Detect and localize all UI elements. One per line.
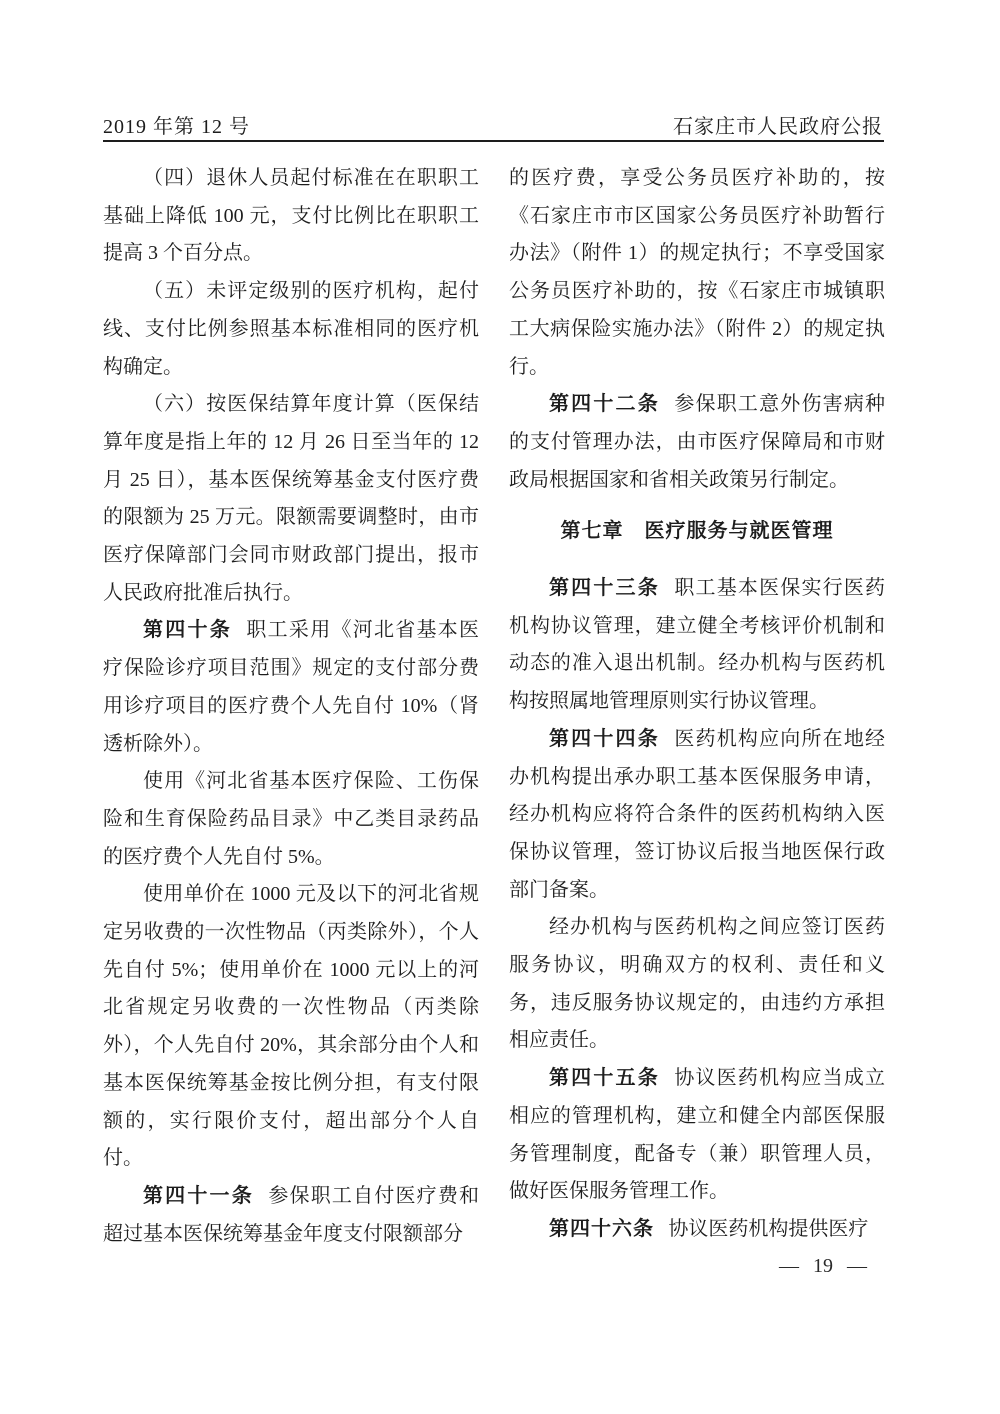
article-number: 第四十三条	[549, 577, 660, 599]
footer-left-dash: —	[779, 1255, 799, 1278]
gazette-page: 2019 年第 12 号 石家庄市人民政府公报 （四）退休人员起付标准在在职职工…	[0, 0, 1000, 1414]
two-column-body: （四）退休人员起付标准在在职职工基础上降低 100 元，支付比例比在职职工提高 …	[103, 160, 885, 1253]
article-number: 第四十五条	[549, 1067, 660, 1089]
paragraph: 第四十条职工采用《河北省基本医疗保险诊疗项目范围》规定的支付部分费用诊疗项目的医…	[103, 612, 479, 763]
paragraph: 第四十三条职工基本医保实行医药机构协议管理，建立健全考核评价机制和动态的准入退出…	[509, 570, 885, 721]
paragraph: 的医疗费，享受公务员医疗补助的，按《石家庄市市区国家公务员医疗补助暂行办法》（附…	[509, 160, 885, 386]
header-publication-title: 石家庄市人民政府公报	[673, 110, 883, 139]
article-number: 第四十六条	[549, 1218, 654, 1240]
paragraph: （四）退休人员起付标准在在职职工基础上降低 100 元，支付比例比在职职工提高 …	[103, 160, 479, 273]
chapter-heading: 第七章 医疗服务与就医管理	[509, 513, 885, 551]
footer-right-dash: —	[847, 1255, 867, 1278]
article-number: 第四十一条	[143, 1185, 254, 1207]
paragraph: 第四十二条参保职工意外伤害病种的支付管理办法，由市医疗保障局和市财政局根据国家和…	[509, 386, 885, 499]
paragraph: 经办机构与医药机构之间应签订医药服务协议，明确双方的权利、责任和义务，违反服务协…	[509, 909, 885, 1060]
paragraph: 使用单价在 1000 元及以下的河北省规定另收费的一次性物品（丙类除外），个人先…	[103, 876, 479, 1178]
paragraph: （五）未评定级别的医疗机构，起付线、支付比例参照基本标准相同的医疗机构确定。	[103, 273, 479, 386]
article-number: 第四十条	[143, 619, 232, 641]
paragraph: 第四十一条参保职工自付医疗费和超过基本医保统筹基金年度支付限额部分	[103, 1178, 479, 1253]
paragraph: 第四十六条协议医药机构提供医疗	[509, 1211, 885, 1249]
header-issue-number: 2019 年第 12 号	[103, 110, 250, 139]
paragraph: 使用《河北省基本医疗保险、工伤保险和生育保险药品目录》中乙类目录药品的医疗费个人…	[103, 763, 479, 876]
paragraph: 第四十五条协议医药机构应当成立相应的管理机构，建立和健全内部医保服务管理制度，配…	[509, 1060, 885, 1211]
page-footer: — 19 —	[779, 1255, 867, 1278]
page-header: 2019 年第 12 号 石家庄市人民政府公报	[103, 110, 883, 139]
article-number: 第四十四条	[549, 728, 660, 750]
header-divider-rule	[103, 140, 884, 142]
footer-page-number: 19	[813, 1255, 833, 1278]
paragraph: 第四十四条医药机构应向所在地经办机构提出承办职工基本医保服务申请，经办机构应将符…	[509, 721, 885, 910]
paragraph: （六）按医保结算年度计算（医保结算年度是指上年的 12 月 26 日至当年的 1…	[103, 386, 479, 612]
right-column: 的医疗费，享受公务员医疗补助的，按《石家庄市市区国家公务员医疗补助暂行办法》（附…	[509, 160, 885, 1253]
left-column: （四）退休人员起付标准在在职职工基础上降低 100 元，支付比例比在职职工提高 …	[103, 160, 479, 1253]
article-number: 第四十二条	[549, 393, 660, 415]
